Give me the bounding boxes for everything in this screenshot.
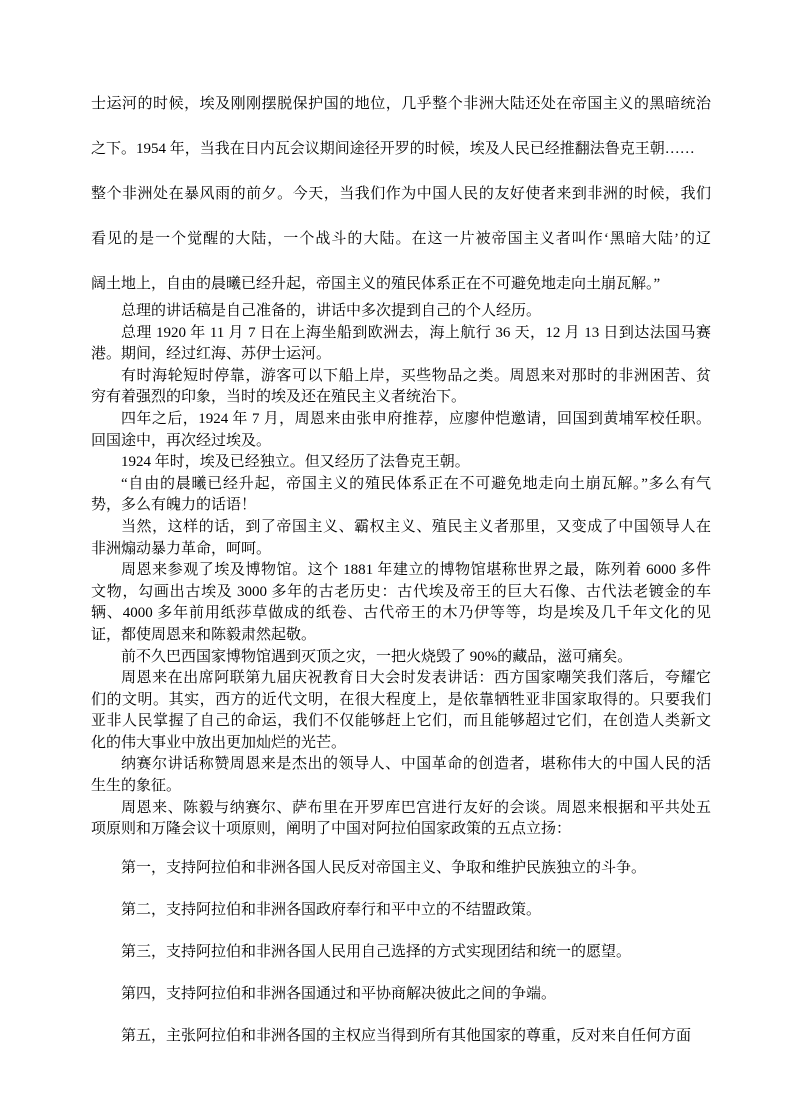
- section-opening-quote-continuation: 士运河的时候，埃及刚刚摆脱保护国的地位，几乎整个非洲大陆还处在帝国主义的黑暗统治…: [91, 82, 711, 307]
- text-line: 辆、4000 多年前用纸莎草做成的纸卷、古代帝王的木乃伊等等，均是埃及几千年文化…: [91, 603, 711, 625]
- text-line: 穷有着强烈的印象，当时的埃及还在殖民主义者统治下。: [91, 387, 711, 409]
- text-line: 1924 年时，埃及已经独立。但又经历了法鲁克王朝。: [91, 452, 711, 474]
- section-five-points: 第一，支持阿拉伯和非洲各国人民反对帝国主义、争取和维护民族独立的斗争。第二，支持…: [91, 847, 711, 1057]
- document-page: 士运河的时候，埃及刚刚摆脱保护国的地位，几乎整个非洲大陆还处在帝国主义的黑暗统治…: [0, 0, 800, 1100]
- text-line: 文物，勾画出古埃及 3000 多年的古老历史：古代埃及帝王的巨大石像、古代法老镀…: [91, 582, 711, 604]
- text-line: 四年之后，1924 年 7 月，周恩来由张申府推荐，应廖仲恺邀请，回国到黄埔军校…: [91, 409, 711, 431]
- text-line: “自由的晨曦已经升起，帝国主义的殖民体系正在不可避免地走向土崩瓦解。”多么有气: [91, 474, 711, 496]
- text-line: 士运河的时候，埃及刚刚摆脱保护国的地位，几乎整个非洲大陆还处在帝国主义的黑暗统治: [91, 82, 711, 127]
- text-line: 化的伟大事业中放出更加灿烂的光芒。: [91, 733, 711, 755]
- text-line: 证，都使周恩来和陈毅肃然起敬。: [91, 625, 711, 647]
- text-line: 第四，支持阿拉伯和非洲各国通过和平协商解决彼此之间的争端。: [91, 973, 711, 1015]
- text-line: 第一，支持阿拉伯和非洲各国人民反对帝国主义、争取和维护民族独立的斗争。: [91, 847, 711, 889]
- text-line: 看见的是一个觉醒的大陆，一个战斗的大陆。在这一片被帝国主义者叫作‘黑暗大陆’的辽: [91, 217, 711, 262]
- text-line: 亚非人民掌握了自己的命运，我们不仅能够赶上它们，而且能够超过它们，在创造人类新文: [91, 711, 711, 733]
- text-line: 有时海轮短时停靠，游客可以下船上岸，买些物品之类。周恩来对那时的非洲困苦、贫: [91, 366, 711, 388]
- text-line: 当然，这样的话，到了帝国主义、霸权主义、殖民主义者那里，又变成了中国领导人在: [91, 517, 711, 539]
- section-body-paragraphs: 总理的讲话稿是自己准备的，讲话中多次提到自己的个人经历。总理 1920 年 11…: [91, 301, 711, 841]
- text-line: 周恩来参观了埃及博物馆。这个 1881 年建立的博物馆堪称世界之最，陈列着 60…: [91, 560, 711, 582]
- text-line: 前不久巴西国家博物馆遇到灭顶之灾，一把火烧毁了 90%的藏品，滋可痛矣。: [91, 647, 711, 669]
- text-line: 周恩来、陈毅与纳赛尔、萨布里在开罗库巴宫进行友好的会谈。周恩来根据和平共处五: [91, 798, 711, 820]
- text-line: 回国途中，再次经过埃及。: [91, 431, 711, 453]
- text-line: 第三，支持阿拉伯和非洲各国人民用自己选择的方式实现团结和统一的愿望。: [91, 931, 711, 973]
- text-line: 第二，支持阿拉伯和非洲各国政府奉行和平中立的不结盟政策。: [91, 889, 711, 931]
- text-line: 纳赛尔讲话称赞周恩来是杰出的领导人、中国革命的创造者，堪称伟大的中国人民的活: [91, 754, 711, 776]
- text-line: 非洲煽动暴力革命，呵呵。: [91, 539, 711, 561]
- text-line: 港。期间，经过红海、苏伊士运河。: [91, 344, 711, 366]
- text-line: 势，多么有魄力的话语！: [91, 495, 711, 517]
- text-line: 之下。1954 年，当我在日内瓦会议期间途径开罗的时候，埃及人民已经推翻法鲁克王…: [91, 127, 711, 172]
- text-line: 周恩来在出席阿联第九届庆祝教育日大会时发表讲话：西方国家嘲笑我们落后，夸耀它: [91, 668, 711, 690]
- text-line: 项原则和万隆会议十项原则，阐明了中国对阿拉伯国家政策的五点立扬：: [91, 819, 711, 841]
- text-line: 们的文明。其实，西方的近代文明，在很大程度上，是依靠牺牲亚非国家取得的。只要我们: [91, 690, 711, 712]
- text-line: 总理 1920 年 11 月 7 日在上海坐船到欧洲去，海上航行 36 天，12…: [91, 323, 711, 345]
- text-line: 第五，主张阿拉伯和非洲各国的主权应当得到所有其他国家的尊重，反对来自任何方面: [91, 1015, 711, 1057]
- text-line: 整个非洲处在暴风雨的前夕。今天，当我们作为中国人民的友好使者来到非洲的时候，我们: [91, 172, 711, 217]
- text-line: 生生的象征。: [91, 776, 711, 798]
- document-content: 士运河的时候，埃及刚刚摆脱保护国的地位，几乎整个非洲大陆还处在帝国主义的黑暗统治…: [91, 82, 711, 1057]
